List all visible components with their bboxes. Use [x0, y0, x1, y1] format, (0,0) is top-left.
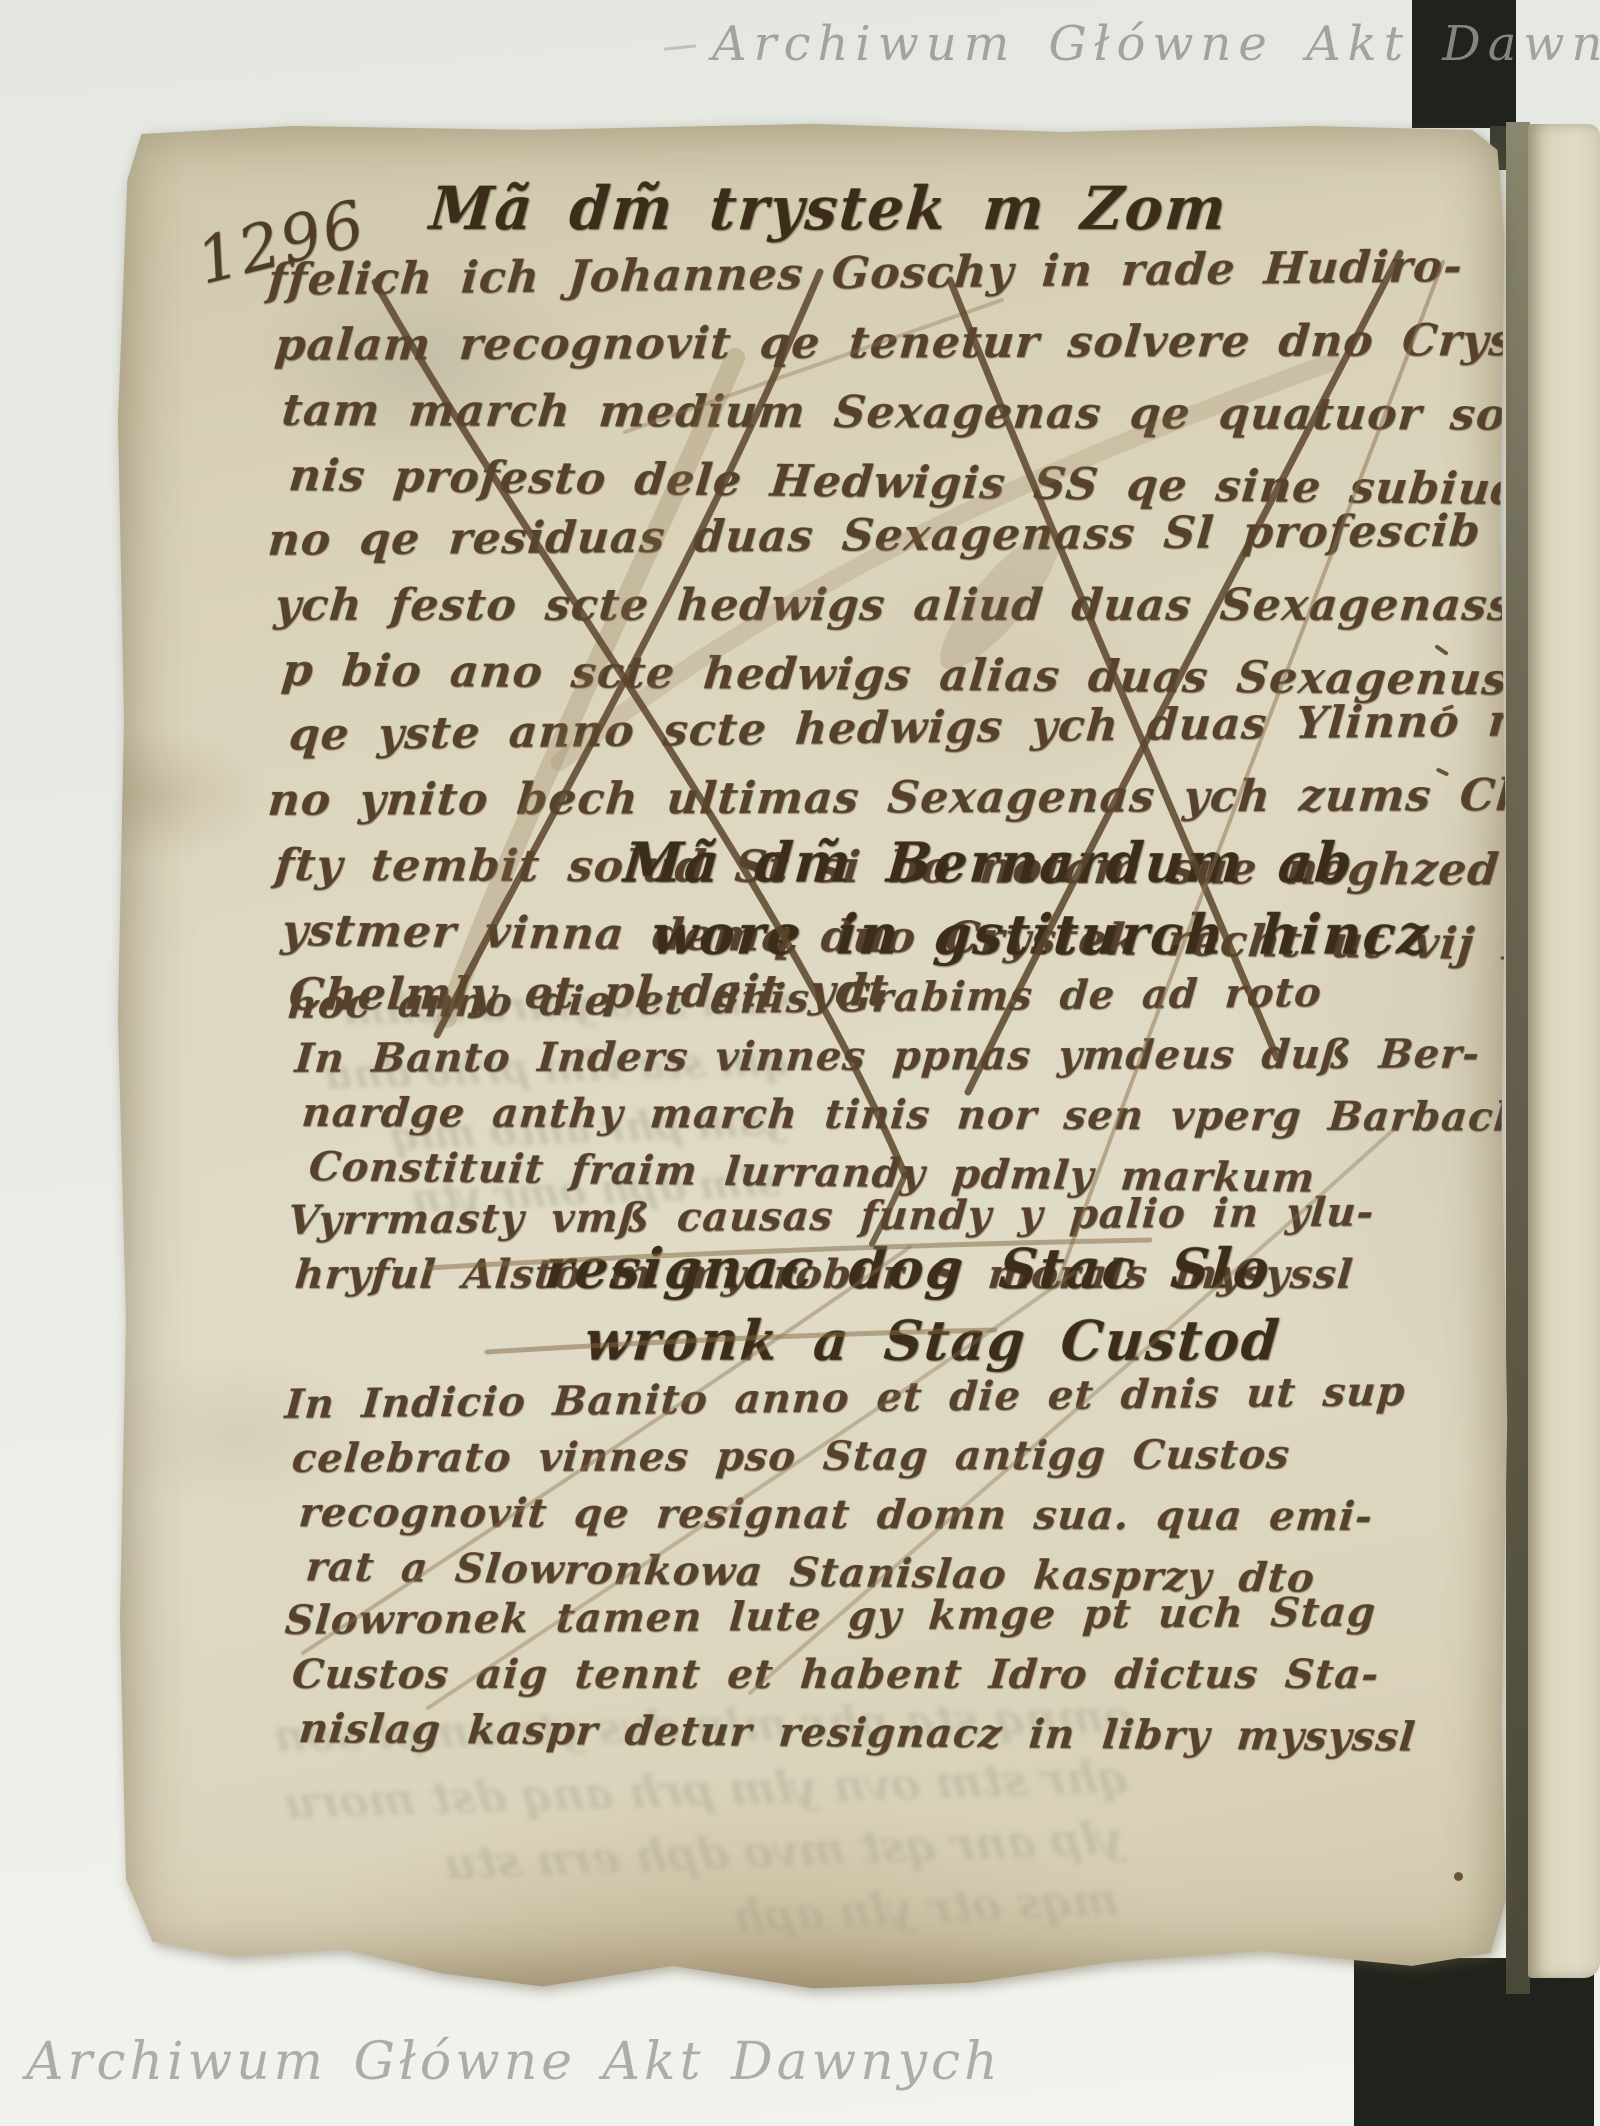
handwritten-line: nislag kaspr detur resignacz in libry my…	[296, 1702, 1422, 1765]
handwritten-line: celebrato vinnes pso Stag antigg Custos	[290, 1428, 1415, 1486]
handwritten-line: ffelich ich Johannes Goschy in rade Hudi…	[266, 232, 1600, 313]
handwritten-line: In Banto Inders vinnes ppnas ymdeus duß …	[293, 1027, 1519, 1086]
handwritten-line: nardge anthy march tinis nor sen vperg B…	[300, 1086, 1527, 1145]
handwritten-line: no qe residuas duas Sexagenass Sl profes…	[265, 498, 1600, 573]
entry1-heading: Mã dm̃ trystek m Zom	[427, 174, 1231, 244]
archive-watermark-bottom: Archiwum Główne Akt Dawnych	[26, 2032, 1002, 2092]
handwritten-line: recognovit qe resignat domn sua. qua emi…	[297, 1486, 1423, 1544]
handwritten-line: palam recognovit qe tenetur solvere dno …	[272, 308, 1600, 378]
handwritten-line: tam march medium Sexagenas qe quatuor so…	[279, 378, 1600, 448]
archive-watermark-top: Archiwum Główne Akt Dawnych	[712, 16, 1600, 72]
manuscript-scan: sum sno ymru sphmqm sta vlm prho dnuysm …	[0, 0, 1600, 2126]
handwritten-line: no ynito bech ultimas Sexagenas ych zums…	[265, 763, 1600, 833]
ink-speck	[1454, 1872, 1463, 1881]
handwritten-line: In Indicio Banito anno et die et dnis ut…	[283, 1365, 1408, 1432]
handwritten-line: Custos aig tennt et habent Idro dictus S…	[290, 1648, 1415, 1702]
entry2-heading-line1: Mã dm̃ Bernardum ab	[621, 831, 1356, 895]
entry3-body: In Indicio Banito anno et die et dnis ut…	[285, 1378, 1406, 1756]
page-wrap: sum sno ymru sphmqm sta vlm prho dnuysm …	[0, 0, 1600, 2126]
manuscript-page: sum sno ymru sphmqm sta vlm prho dnuysm …	[112, 120, 1510, 1994]
entry3-heading-line1: resignac dog Stac Slo	[542, 1237, 1273, 1301]
handwritten-line: ych festo scte hedwigs aliud duas Sexage…	[272, 573, 1600, 638]
handwritten-line: Slowronek tamen lute gy kmge pt uch Stag	[283, 1585, 1408, 1648]
entry3-heading-line2: wronk a Stag Custod	[582, 1309, 1283, 1373]
entry2-heading-line2: wore in gstiturch hincz	[649, 903, 1432, 967]
